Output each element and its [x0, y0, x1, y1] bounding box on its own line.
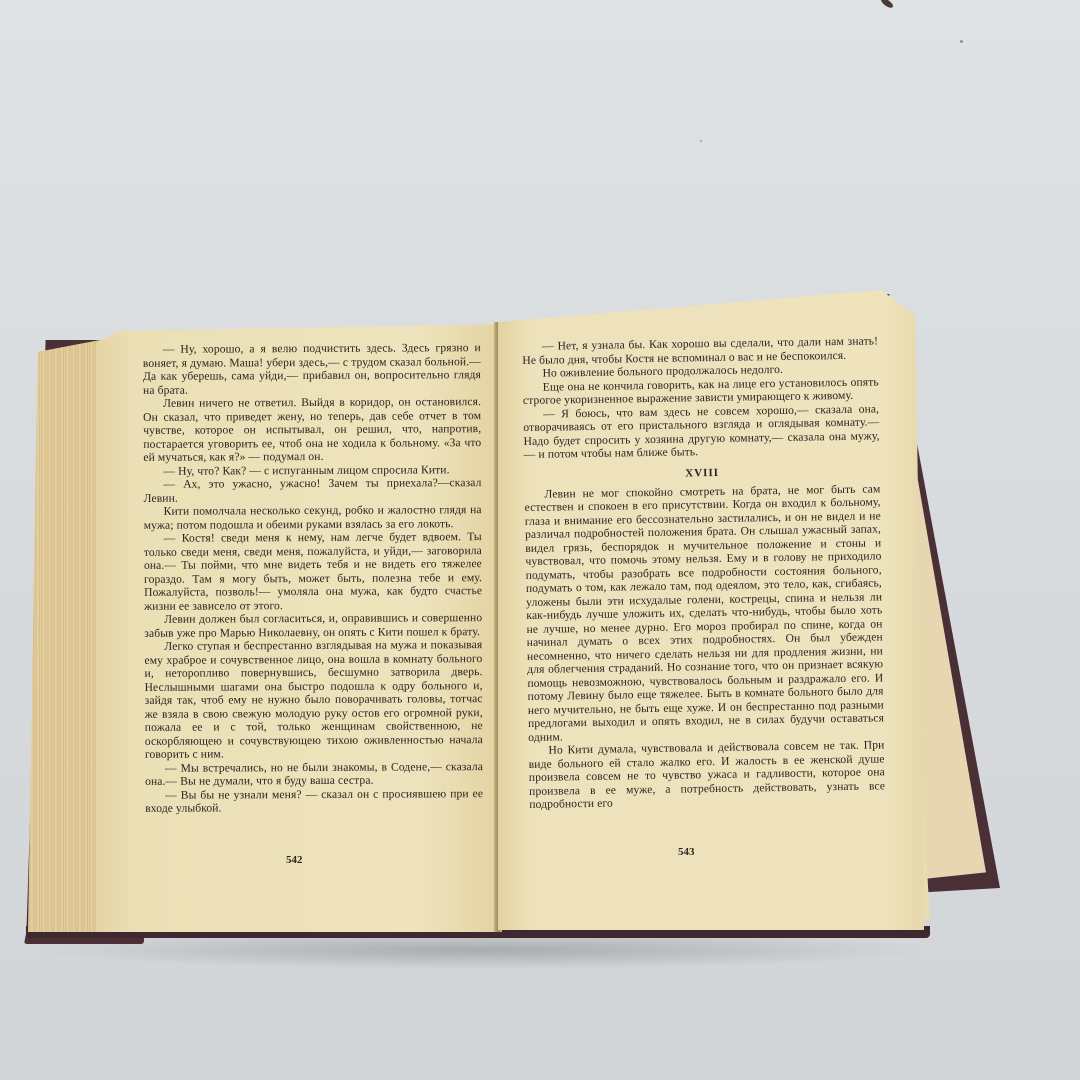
paragraph: — Ну, хорошо, а я велю подчистить здесь.… [143, 341, 481, 397]
chapter-heading: XVIII [524, 464, 880, 482]
paragraph: — Вы бы не узнали меня? — сказал он с пр… [145, 787, 483, 816]
paragraph: Но Кити думала, чувствовала и действовал… [528, 738, 885, 811]
paragraph: Левин должен был согласиться, и, оправив… [144, 611, 482, 640]
dust-speck [880, 0, 895, 9]
right-page-text: — Нет, я узнала бы. Как хорошо вы сделал… [522, 334, 885, 811]
paragraph: — Нет, я узнала бы. Как хорошо вы сделал… [522, 334, 878, 367]
left-page[interactable]: — Ну, хорошо, а я велю подчистить здесь.… [96, 312, 500, 932]
right-page[interactable]: — Нет, я узнала бы. Как хорошо вы сделал… [498, 290, 924, 930]
paragraph: Легко ступая и беспрестанно взглядывая н… [144, 638, 483, 761]
paragraph: Левин не мог спокойно смотреть на брата,… [524, 482, 884, 744]
paragraph: Кити помолчала несколько секунд, робко и… [144, 503, 482, 532]
page-number-right: 543 [678, 846, 695, 858]
paragraph: — Мы встречались, но не были знакомы, в … [145, 760, 483, 789]
paragraph: Левин ничего не ответил. Выйдя в коридор… [143, 395, 481, 464]
left-page-text: — Ну, хорошо, а я велю подчистить здесь.… [143, 341, 483, 815]
page-number-left: 542 [286, 854, 303, 866]
paragraph: — Костя! сведи меня к нему, нам легче бу… [144, 530, 482, 613]
paragraph: — Ах, это ужасно, ужасно! Зачем ты приех… [143, 476, 481, 505]
paragraph: — Я боюсь, что вам здесь не совсем хорош… [523, 402, 880, 462]
dust-speck [960, 40, 963, 43]
dust-speck [700, 140, 702, 142]
